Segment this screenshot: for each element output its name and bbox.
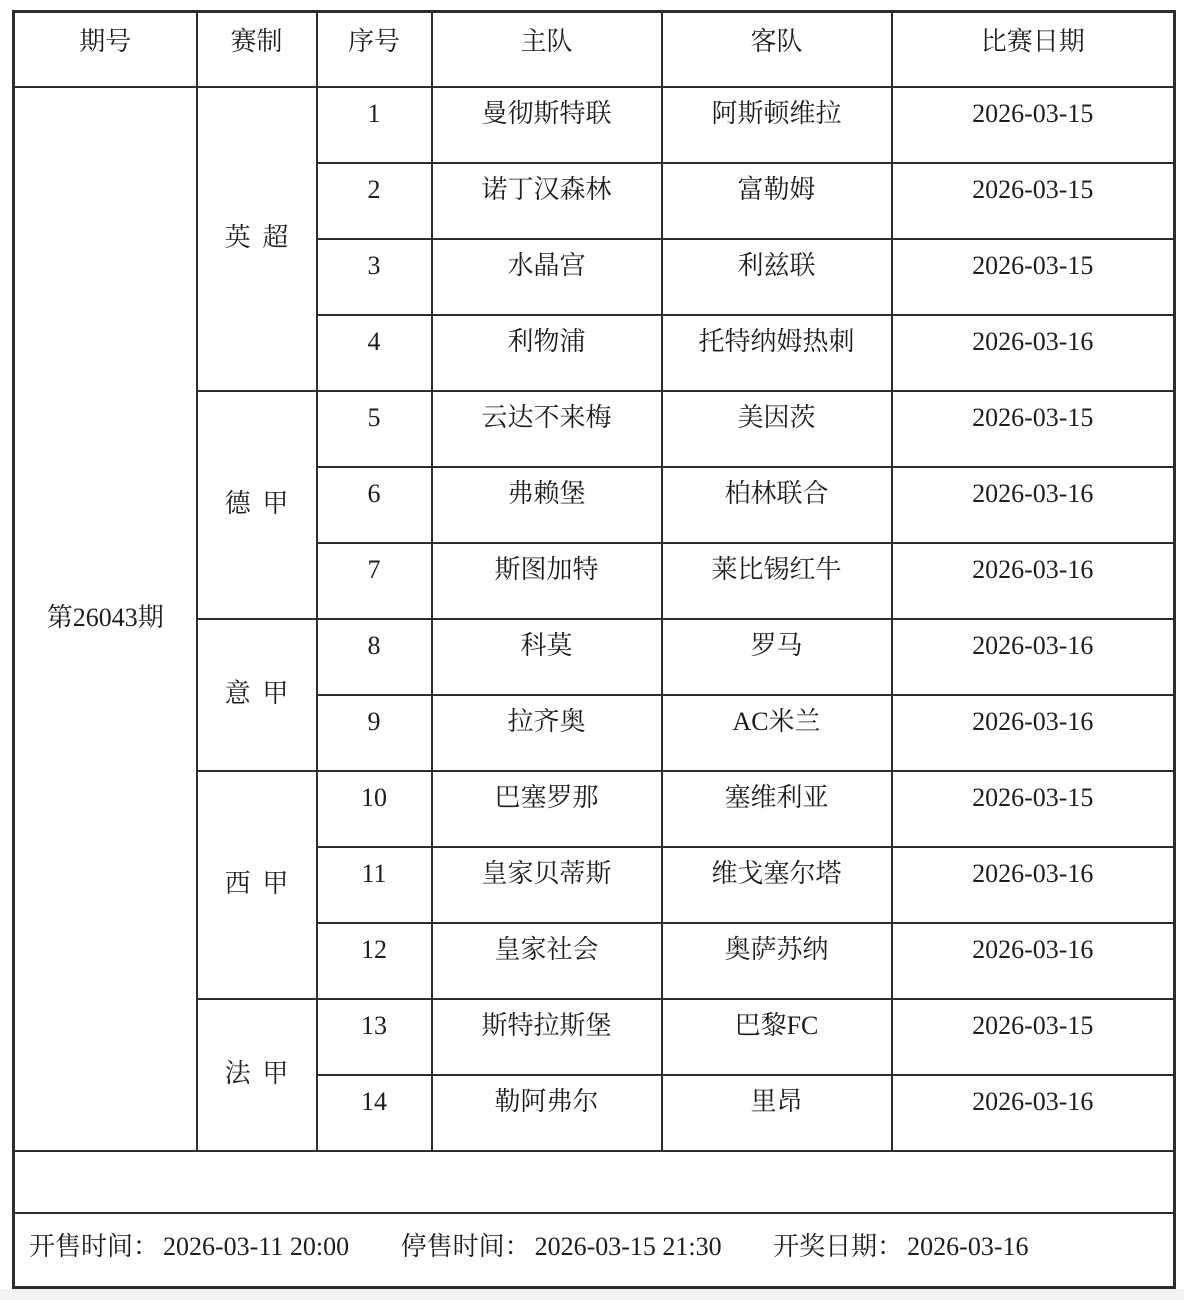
sale-info-row: 开售时间：2026-03-11 20:00 停售时间：2026-03-15 21… (14, 1213, 1175, 1288)
match-date-cell: 2026-03-16 (892, 315, 1175, 391)
page-bottom-strip (0, 1289, 1184, 1300)
period-cell: 第26043期 (14, 87, 197, 1151)
home-team-cell: 弗赖堡 (432, 467, 662, 543)
lottery-schedule-table: 期号 赛制 序号 主队 客队 比赛日期 第26043期 英超 1 曼彻斯特联 阿… (12, 10, 1176, 1289)
match-date-cell: 2026-03-15 (892, 239, 1175, 315)
index-column-header: 序号 (317, 12, 432, 87)
league-column-header: 赛制 (197, 12, 317, 87)
match-no-cell: 10 (317, 771, 432, 847)
league-cell: 意甲 (197, 619, 317, 771)
match-no-cell: 3 (317, 239, 432, 315)
match-no-cell: 2 (317, 163, 432, 239)
table-header-row: 期号 赛制 序号 主队 客队 比赛日期 (14, 12, 1175, 87)
match-date-cell: 2026-03-16 (892, 923, 1175, 999)
league-cell: 西甲 (197, 771, 317, 999)
draw-date-value: 2026-03-16 (907, 1232, 1028, 1261)
match-date-cell: 2026-03-15 (892, 163, 1175, 239)
home-team-cell: 云达不来梅 (432, 391, 662, 467)
match-date-cell: 2026-03-15 (892, 999, 1175, 1075)
off-sale-time: 停售时间：2026-03-15 21:30 (401, 1232, 722, 1261)
sale-info-cell: 开售时间：2026-03-11 20:00 停售时间：2026-03-15 21… (14, 1213, 1175, 1288)
home-team-cell: 曼彻斯特联 (432, 87, 662, 163)
off-sale-label: 停售时间： (401, 1232, 531, 1261)
match-date-cell: 2026-03-16 (892, 847, 1175, 923)
match-row: 第26043期 英超 1 曼彻斯特联 阿斯顿维拉 2026-03-15 (14, 87, 1175, 163)
home-team-cell: 勒阿弗尔 (432, 1075, 662, 1151)
away-team-cell: 里昂 (662, 1075, 892, 1151)
league-cell: 德甲 (197, 391, 317, 619)
league-cell: 英超 (197, 87, 317, 391)
home-team-cell: 水晶宫 (432, 239, 662, 315)
away-team-cell: 美因茨 (662, 391, 892, 467)
league-cell: 法甲 (197, 999, 317, 1151)
match-no-cell: 6 (317, 467, 432, 543)
period-column-header: 期号 (14, 12, 197, 87)
date-column-header: 比赛日期 (892, 12, 1175, 87)
on-sale-value: 2026-03-11 20:00 (163, 1232, 349, 1261)
away-team-cell: 塞维利亚 (662, 771, 892, 847)
home-team-cell: 皇家贝蒂斯 (432, 847, 662, 923)
away-team-cell: 罗马 (662, 619, 892, 695)
away-team-cell: 维戈塞尔塔 (662, 847, 892, 923)
spacer-cell (14, 1151, 1175, 1213)
match-no-cell: 8 (317, 619, 432, 695)
match-no-cell: 13 (317, 999, 432, 1075)
match-date-cell: 2026-03-16 (892, 619, 1175, 695)
home-team-cell: 巴塞罗那 (432, 771, 662, 847)
draw-date: 开奖日期：2026-03-16 (773, 1232, 1028, 1261)
off-sale-value: 2026-03-15 21:30 (535, 1232, 722, 1261)
match-no-cell: 12 (317, 923, 432, 999)
match-no-cell: 9 (317, 695, 432, 771)
away-team-cell: AC米兰 (662, 695, 892, 771)
spacer-row (14, 1151, 1175, 1213)
match-date-cell: 2026-03-16 (892, 467, 1175, 543)
away-team-cell: 阿斯顿维拉 (662, 87, 892, 163)
match-no-cell: 11 (317, 847, 432, 923)
home-team-cell: 利物浦 (432, 315, 662, 391)
away-column-header: 客队 (662, 12, 892, 87)
match-no-cell: 4 (317, 315, 432, 391)
match-no-cell: 7 (317, 543, 432, 619)
home-team-cell: 斯特拉斯堡 (432, 999, 662, 1075)
home-team-cell: 皇家社会 (432, 923, 662, 999)
home-team-cell: 科莫 (432, 619, 662, 695)
match-date-cell: 2026-03-15 (892, 771, 1175, 847)
away-team-cell: 莱比锡红牛 (662, 543, 892, 619)
away-team-cell: 富勒姆 (662, 163, 892, 239)
match-date-cell: 2026-03-16 (892, 543, 1175, 619)
away-team-cell: 托特纳姆热刺 (662, 315, 892, 391)
match-date-cell: 2026-03-15 (892, 391, 1175, 467)
lottery-schedule-sheet: 期号 赛制 序号 主队 客队 比赛日期 第26043期 英超 1 曼彻斯特联 阿… (12, 10, 1176, 1289)
match-no-cell: 1 (317, 87, 432, 163)
away-team-cell: 巴黎FC (662, 999, 892, 1075)
home-team-cell: 诺丁汉森林 (432, 163, 662, 239)
match-date-cell: 2026-03-16 (892, 1075, 1175, 1151)
home-team-cell: 斯图加特 (432, 543, 662, 619)
on-sale-time: 开售时间：2026-03-11 20:00 (29, 1232, 349, 1261)
on-sale-label: 开售时间： (29, 1232, 159, 1261)
away-team-cell: 奥萨苏纳 (662, 923, 892, 999)
match-no-cell: 5 (317, 391, 432, 467)
away-team-cell: 柏林联合 (662, 467, 892, 543)
home-column-header: 主队 (432, 12, 662, 87)
match-no-cell: 14 (317, 1075, 432, 1151)
away-team-cell: 利兹联 (662, 239, 892, 315)
home-team-cell: 拉齐奥 (432, 695, 662, 771)
match-date-cell: 2026-03-16 (892, 695, 1175, 771)
match-date-cell: 2026-03-15 (892, 87, 1175, 163)
draw-date-label: 开奖日期： (773, 1232, 903, 1261)
